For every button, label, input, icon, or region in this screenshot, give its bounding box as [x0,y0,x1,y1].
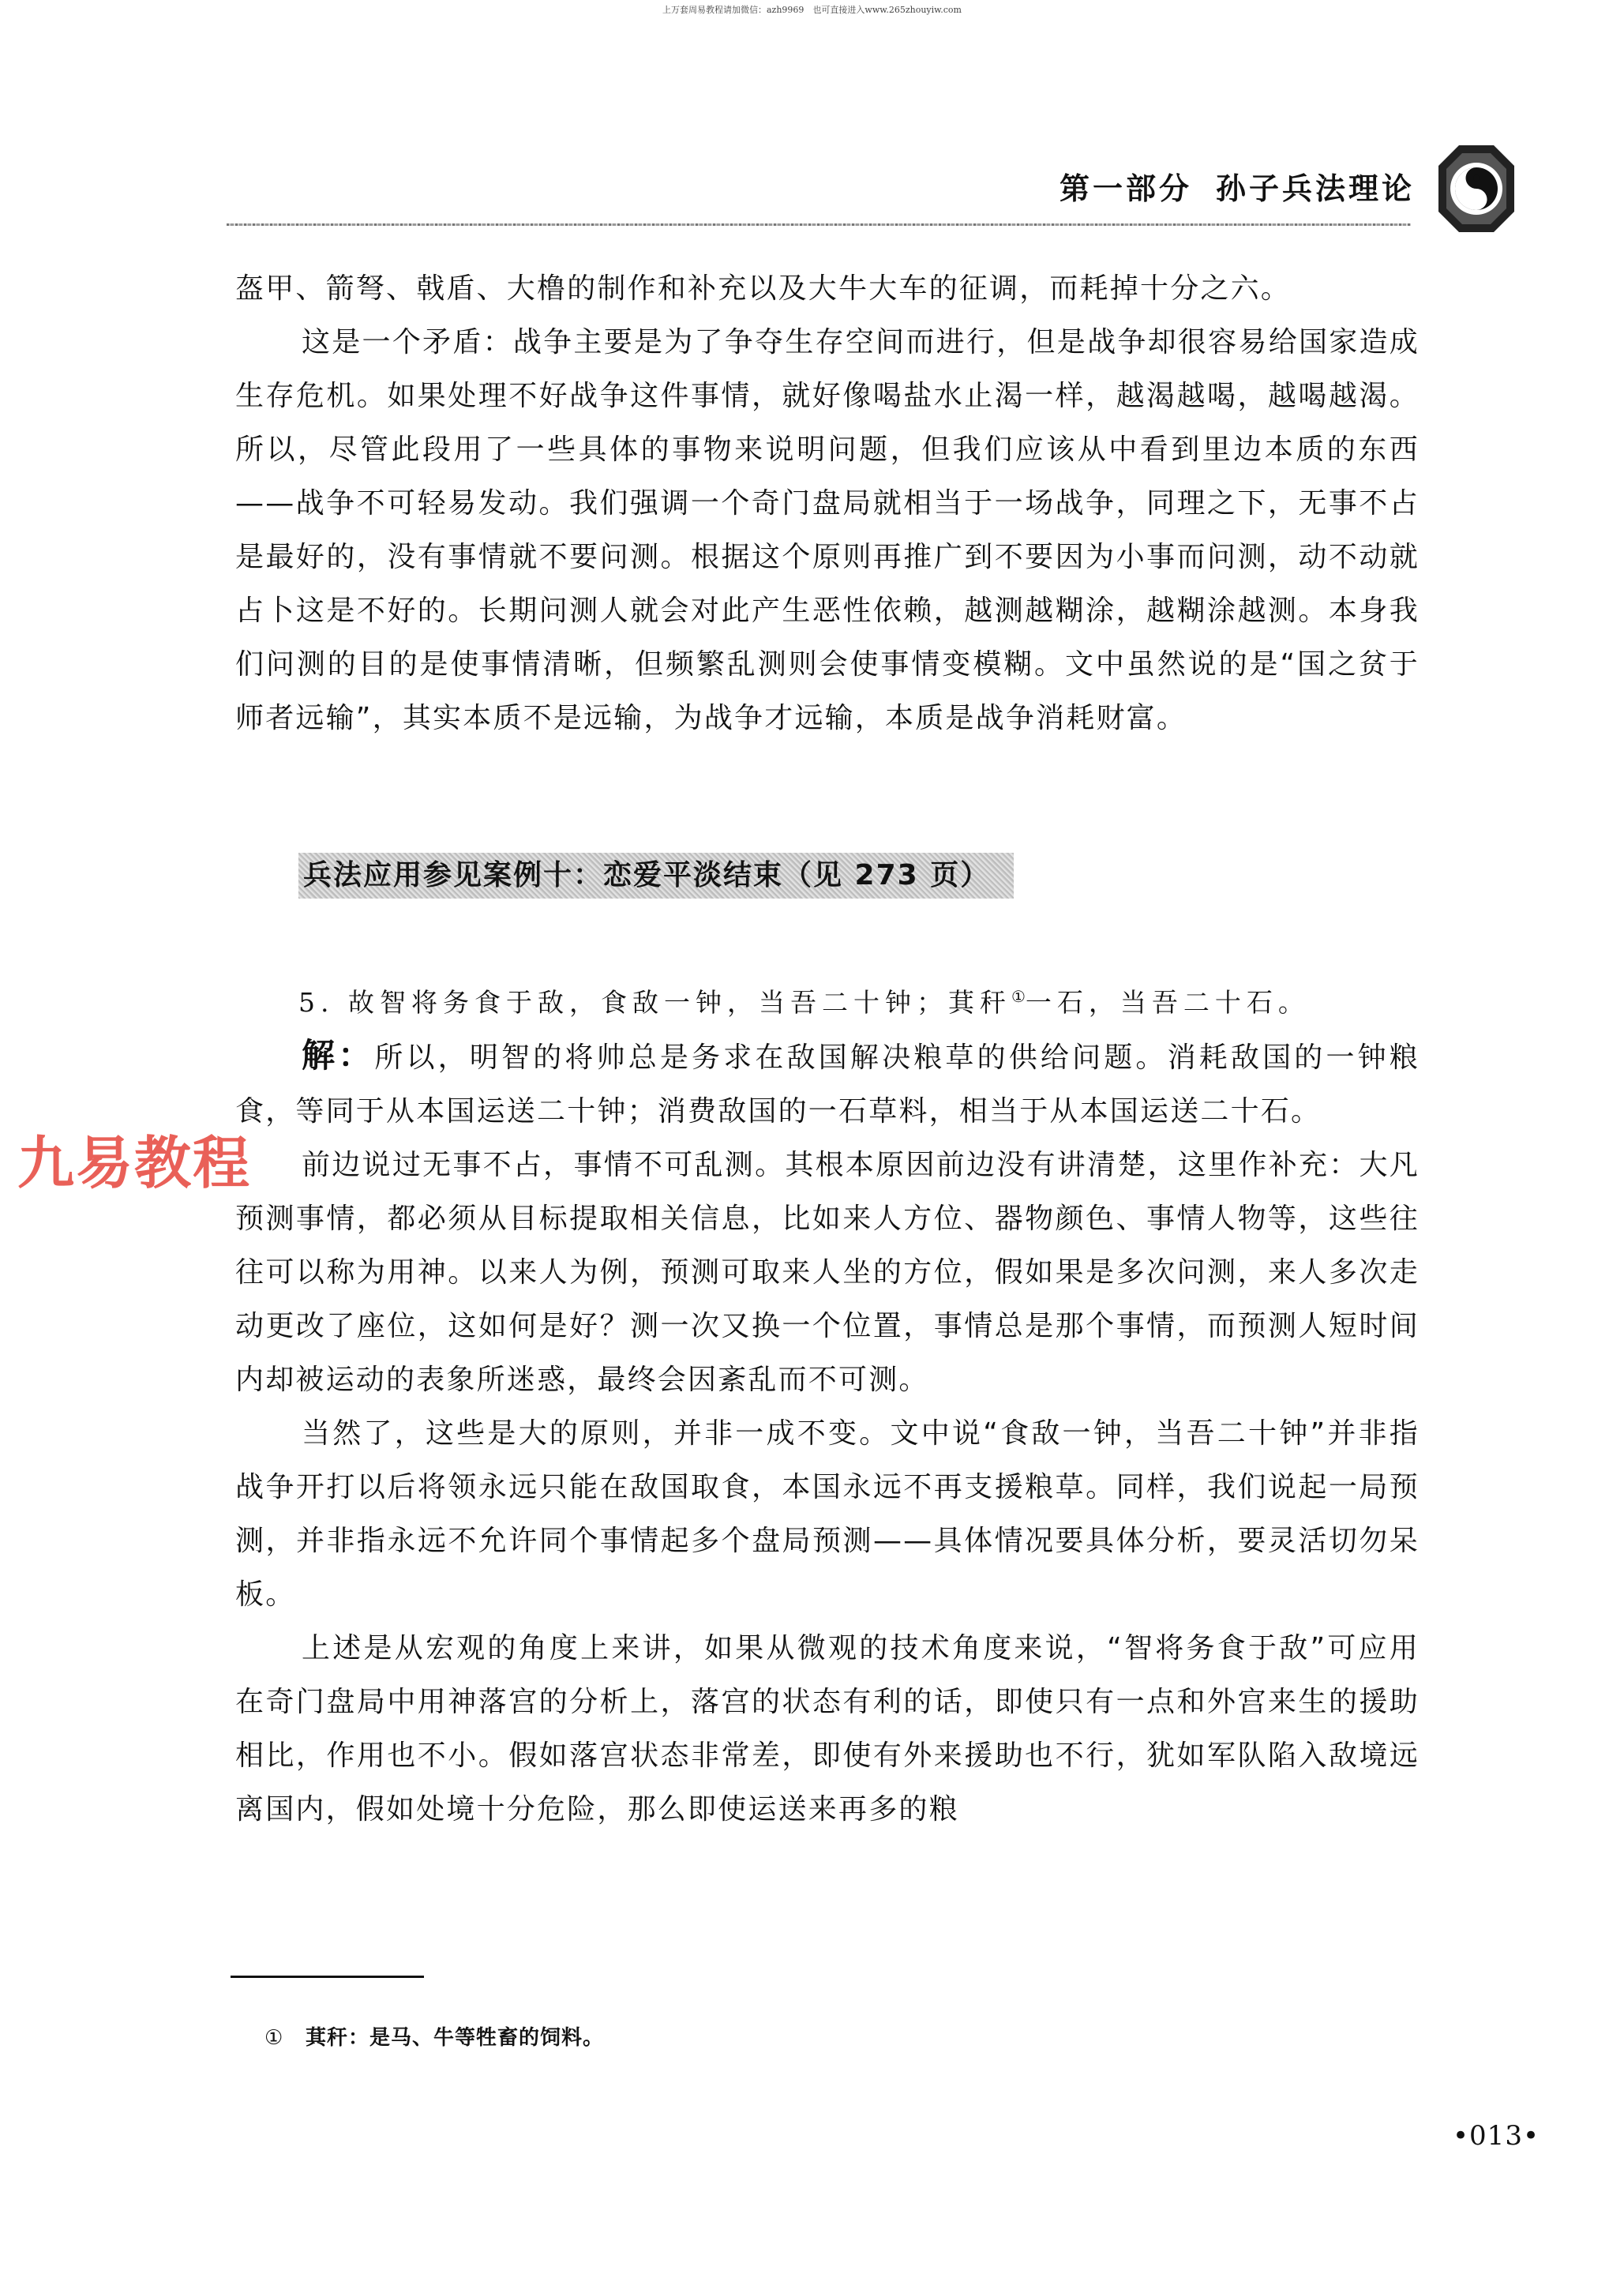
case-reference-callout: 兵法应用参见案例十：恋爱平淡结束（见 273 页） [298,853,1014,899]
paragraph: 前边说过无事不占，事情不可乱测。其根本原因前边没有讲清楚，这里作补充：大凡预测事… [235,1139,1420,1407]
verse-text-b: 一石，当吾二十石。 [1026,987,1310,1018]
section-2-text: 解：所以，明智的将帅总是务求在敌国解决粮草的供给问题。消耗敌国的一钟粮食，等同于… [235,1029,1420,1837]
footnote-mark: ① [264,2026,306,2050]
brand-watermark: 九易教程 [17,1117,251,1199]
yin-yang-bagua-icon [1435,142,1517,235]
header-title: 孙子兵法理论 [1216,171,1415,206]
verse-text-a: 5. 故智将务食于敌，食敌一钟，当吾二十钟；萁秆 [298,987,1011,1018]
page-number: •013• [1453,2120,1540,2152]
top-watermark-note: 上万套周易教程请加微信：azh9969 也可直接进入www.265zhouyiw… [0,3,1624,16]
footnote-divider [231,1976,424,1978]
classical-verse: 5. 故智将务食于敌，食敌一钟，当吾二十钟；萁秆①一石，当吾二十石。 [298,973,1435,1026]
section-1-text: 盔甲、箭弩、戟盾、大橹的制作和补充以及大牛大车的征调，而耗掉十分之六。 这是一个… [235,262,1420,745]
explanation-paragraph: 解：所以，明智的将帅总是务求在敌国解决粮草的供给问题。消耗敌国的一钟粮食，等同于… [235,1029,1420,1139]
footnote: ①萁秆：是马、牛等牲畜的饲料。 [264,2021,604,2051]
footnote-text: 萁秆：是马、牛等牲畜的饲料。 [306,2026,604,2050]
running-header: 第一部分孙子兵法理论 [1060,164,1415,208]
explanation-text: 所以，明智的将帅总是务求在敌国解决粮草的供给问题。消耗敌国的一钟粮食，等同于从本… [235,1041,1420,1128]
paragraph: 当然了，这些是大的原则，并非一成不变。文中说“食敌一钟，当吾二十钟”并非指战争开… [235,1407,1420,1622]
paragraph: 盔甲、箭弩、戟盾、大橹的制作和补充以及大牛大车的征调，而耗掉十分之六。 [235,262,1420,316]
header-divider [227,223,1411,226]
paragraph: 上述是从宏观的角度上来讲，如果从微观的技术角度来说，“智将务食于敌”可应用在奇门… [235,1622,1420,1837]
header-part: 第一部分 [1060,171,1192,206]
footnote-ref[interactable]: ① [1011,987,1026,1006]
jie-label: 解： [302,1036,374,1075]
paragraph: 这是一个矛盾：战争主要是为了争夺生存空间而进行，但是战争却很容易给国家造成生存危… [235,316,1420,745]
